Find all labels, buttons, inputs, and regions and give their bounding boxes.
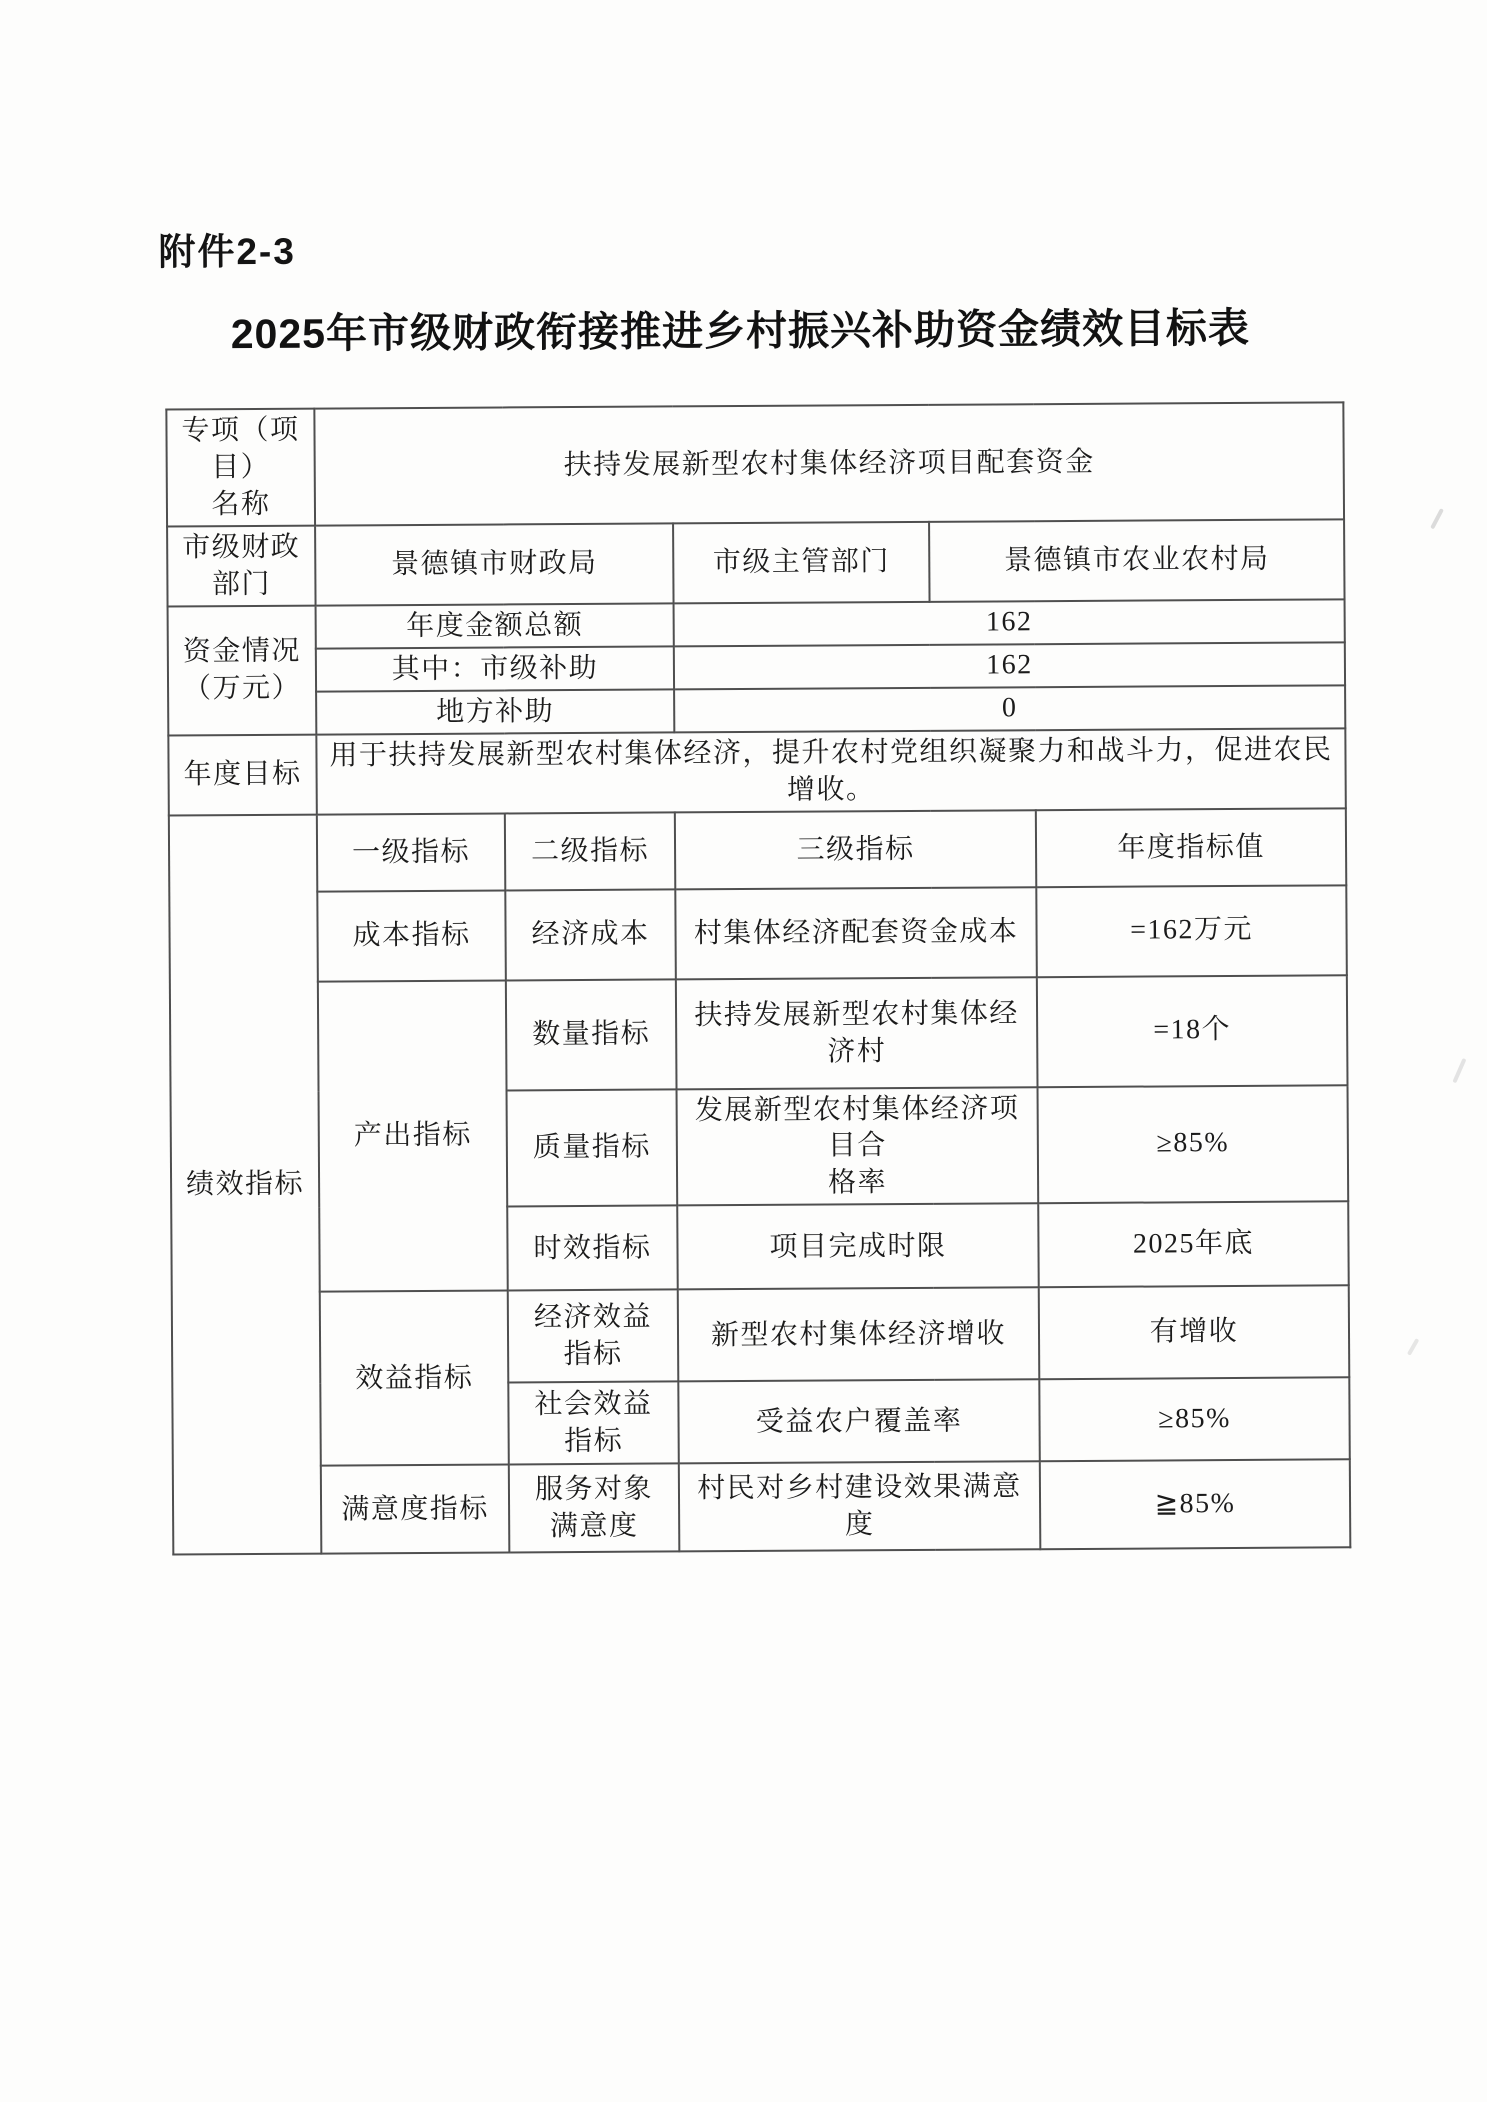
level2-quantity: 数量指标	[506, 979, 677, 1090]
header-level3: 三级指标	[675, 810, 1036, 889]
funding-total-value: 162	[674, 599, 1345, 646]
funding-group-label: 资金情况 （万元）	[168, 605, 317, 735]
value-social-benefit: ≥85%	[1039, 1378, 1350, 1462]
scan-artifact	[1407, 1338, 1419, 1356]
funding-total-label: 年度金额总额	[316, 603, 674, 648]
scan-artifact	[1452, 1058, 1466, 1083]
scanned-sheet: 附件2-3 2025年市级财政衔接推进乡村振兴补助资金绩效目标表 专项（项目） …	[0, 0, 1487, 2102]
value-cost: =162万元	[1036, 885, 1347, 977]
level2-social-benefit: 社会效益 指标	[508, 1382, 678, 1465]
level2-economic-benefit: 经济效益 指标	[508, 1290, 679, 1383]
level3-timeliness-detail: 项目完成时限	[677, 1204, 1039, 1290]
level2-service-satisfaction: 服务对象 满意度	[509, 1464, 680, 1553]
header-level2: 二级指标	[505, 812, 675, 890]
value-timeliness: 2025年底	[1038, 1202, 1349, 1288]
departments-row: 市级财政部门 景德镇市财政局 市级主管部门 景德镇市农业农村局	[167, 519, 1344, 606]
funding-local-value: 0	[674, 685, 1345, 732]
level3-satisfaction-detail: 村民对乡村建设效果满意度	[679, 1462, 1041, 1552]
funding-row-local: 地方补助 0	[168, 685, 1345, 735]
level3-social-benefit-detail: 受益农户覆盖率	[678, 1380, 1039, 1464]
project-name-row: 专项（项目） 名称 扶持发展新型农村集体经济项目配套资金	[166, 402, 1344, 526]
indicator-row: 效益指标 经济效益 指标 新型农村集体经济增收 有增收	[172, 1286, 1350, 1385]
level1-satisfaction: 满意度指标	[321, 1465, 510, 1554]
level2-timeliness: 时效指标	[507, 1206, 678, 1291]
attachment-label: 附件2-3	[158, 221, 296, 276]
finance-dept-value: 景德镇市财政局	[315, 523, 673, 605]
value-quality: ≥85%	[1038, 1085, 1349, 1204]
indicator-header-row: 绩效指标 一级指标 二级指标 三级指标 年度指标值	[169, 808, 1346, 892]
funding-row-municipal: 其中：市级补助 162	[168, 642, 1345, 692]
level1-output: 产出指标	[318, 980, 508, 1292]
document-page: 附件2-3 2025年市级财政衔接推进乡村振兴补助资金绩效目标表 专项（项目） …	[0, 0, 1487, 2102]
admin-dept-value: 景德镇市农业农村局	[929, 519, 1344, 601]
funding-row-total: 资金情况 （万元） 年度金额总额 162	[168, 599, 1345, 649]
indicator-row: 满意度指标 服务对象 满意度 村民对乡村建设效果满意度 ≧85%	[173, 1460, 1351, 1555]
level2-economic-cost: 经济成本	[505, 889, 676, 980]
level3-quantity-detail: 扶持发展新型农村集体经济村	[676, 977, 1038, 1089]
indicator-row: 产出指标 数量指标 扶持发展新型农村集体经济村 =18个	[170, 975, 1348, 1092]
level3-quality-detail: 发展新型农村集体经济项目合 格率	[677, 1087, 1039, 1206]
funding-local-label: 地方补助	[316, 689, 674, 734]
value-economic-benefit: 有增收	[1039, 1286, 1350, 1380]
level2-quality: 质量指标	[507, 1089, 678, 1207]
header-level1: 一级指标	[317, 813, 505, 891]
annual-goal-label: 年度目标	[168, 734, 316, 815]
admin-dept-label: 市级主管部门	[673, 522, 929, 603]
project-name-label: 专项（项目） 名称	[166, 409, 315, 527]
level3-economic-benefit-detail: 新型农村集体经济增收	[678, 1288, 1040, 1382]
performance-indicator-label: 绩效指标	[169, 814, 322, 1555]
project-name-value: 扶持发展新型农村集体经济项目配套资金	[314, 402, 1344, 525]
finance-dept-label: 市级财政部门	[167, 525, 315, 606]
scan-artifact	[1430, 508, 1444, 529]
level3-cost-detail: 村集体经济配套资金成本	[675, 887, 1037, 979]
value-satisfaction: ≧85%	[1040, 1460, 1351, 1550]
level1-benefit: 效益指标	[320, 1291, 509, 1466]
funding-municipal-value: 162	[674, 642, 1345, 689]
indicator-row: 成本指标 经济成本 村集体经济配套资金成本 =162万元	[169, 885, 1347, 982]
header-annual-value: 年度指标值	[1036, 808, 1346, 887]
funding-municipal-label: 其中：市级补助	[316, 646, 674, 691]
value-quantity: =18个	[1037, 975, 1348, 1087]
level1-cost: 成本指标	[317, 890, 506, 981]
performance-target-table: 专项（项目） 名称 扶持发展新型农村集体经济项目配套资金 市级财政部门 景德镇市…	[165, 401, 1351, 1556]
annual-goal-row: 年度目标 用于扶持发展新型农村集体经济，提升农村党组织凝聚力和战斗力，促进农民 …	[168, 728, 1345, 815]
annual-goal-text: 用于扶持发展新型农村集体经济，提升农村党组织凝聚力和战斗力，促进农民 增收。	[316, 728, 1345, 814]
page-title: 2025年市级财政衔接推进乡村振兴补助资金绩效目标表	[0, 293, 1484, 361]
